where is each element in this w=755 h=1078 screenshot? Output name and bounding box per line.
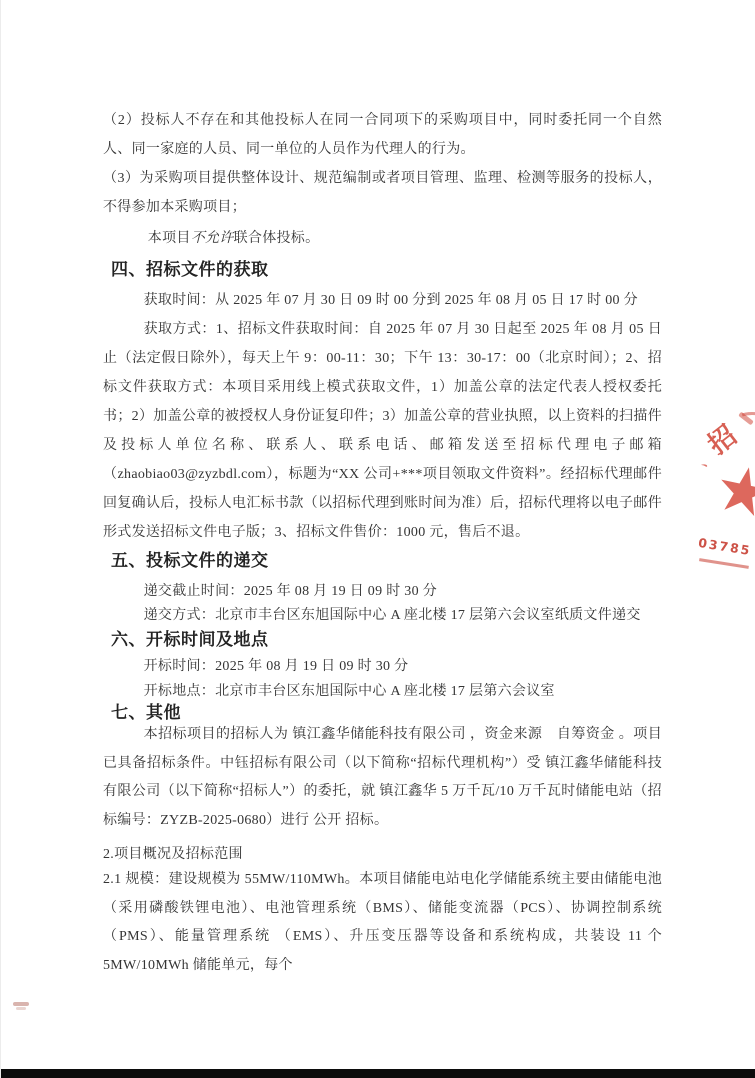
clause-3-paragraph: （3）为采购项目提供整体设计、规范编制或者项目管理、监理、检测等服务的投标人，不…: [103, 164, 662, 222]
tender-document-page: （2）投标人不存在和其他投标人在同一合同项下的采购项目中，同时委托同一个自然人、…: [0, 0, 755, 1078]
seal-serial-number: 03785: [697, 537, 752, 558]
seal-serial-underline: [699, 558, 749, 568]
section-4-heading: 四、招标文件的获取: [111, 258, 661, 282]
acquisition-method-paragraph: 获取方式：1、招标文件获取时间：自 2025 年 07 月 30 日起至 202…: [103, 315, 662, 547]
other-info-paragraph: 本招标项目的招标人为 镇江鑫华储能科技有限公司 ，资金来源 自筹资金 。项目已具…: [103, 721, 662, 835]
no-consortium-note: 本项目不允许联合体投标。: [103, 224, 662, 253]
ink-speck: [16, 1007, 26, 1010]
section-5-heading: 五、投标文件的递交: [111, 549, 661, 573]
no-consortium-emphasis: 不允许: [191, 231, 234, 246]
acquisition-time-line: 获取时间：从 2025 年 07 月 30 日 09 时 00 分到 2025 …: [103, 286, 662, 315]
seal-star-icon: ★: [709, 455, 755, 530]
project-overview-heading: 2.项目概况及招标范围: [103, 840, 662, 869]
ink-speck: [13, 1002, 29, 1006]
no-consortium-suffix: 联合体投标。: [234, 231, 320, 246]
bottom-scan-bar: [1, 1069, 755, 1078]
no-consortium-prefix: 本项目: [148, 231, 191, 246]
project-scale-paragraph: 2.1 规模：建设规模为 55MW/110MWh。本项目储能电站电化学储能系统主…: [103, 866, 662, 980]
section-6-heading: 六、开标时间及地点: [111, 628, 661, 652]
clause-2-paragraph: （2）投标人不存在和其他投标人在同一合同项下的采购项目中，同时委托同一个自然人、…: [103, 106, 662, 164]
submission-method-line: 递交方式：北京市丰台区东旭国际中心 A 座北楼 17 层第六会议室纸质文件递交: [103, 601, 662, 630]
